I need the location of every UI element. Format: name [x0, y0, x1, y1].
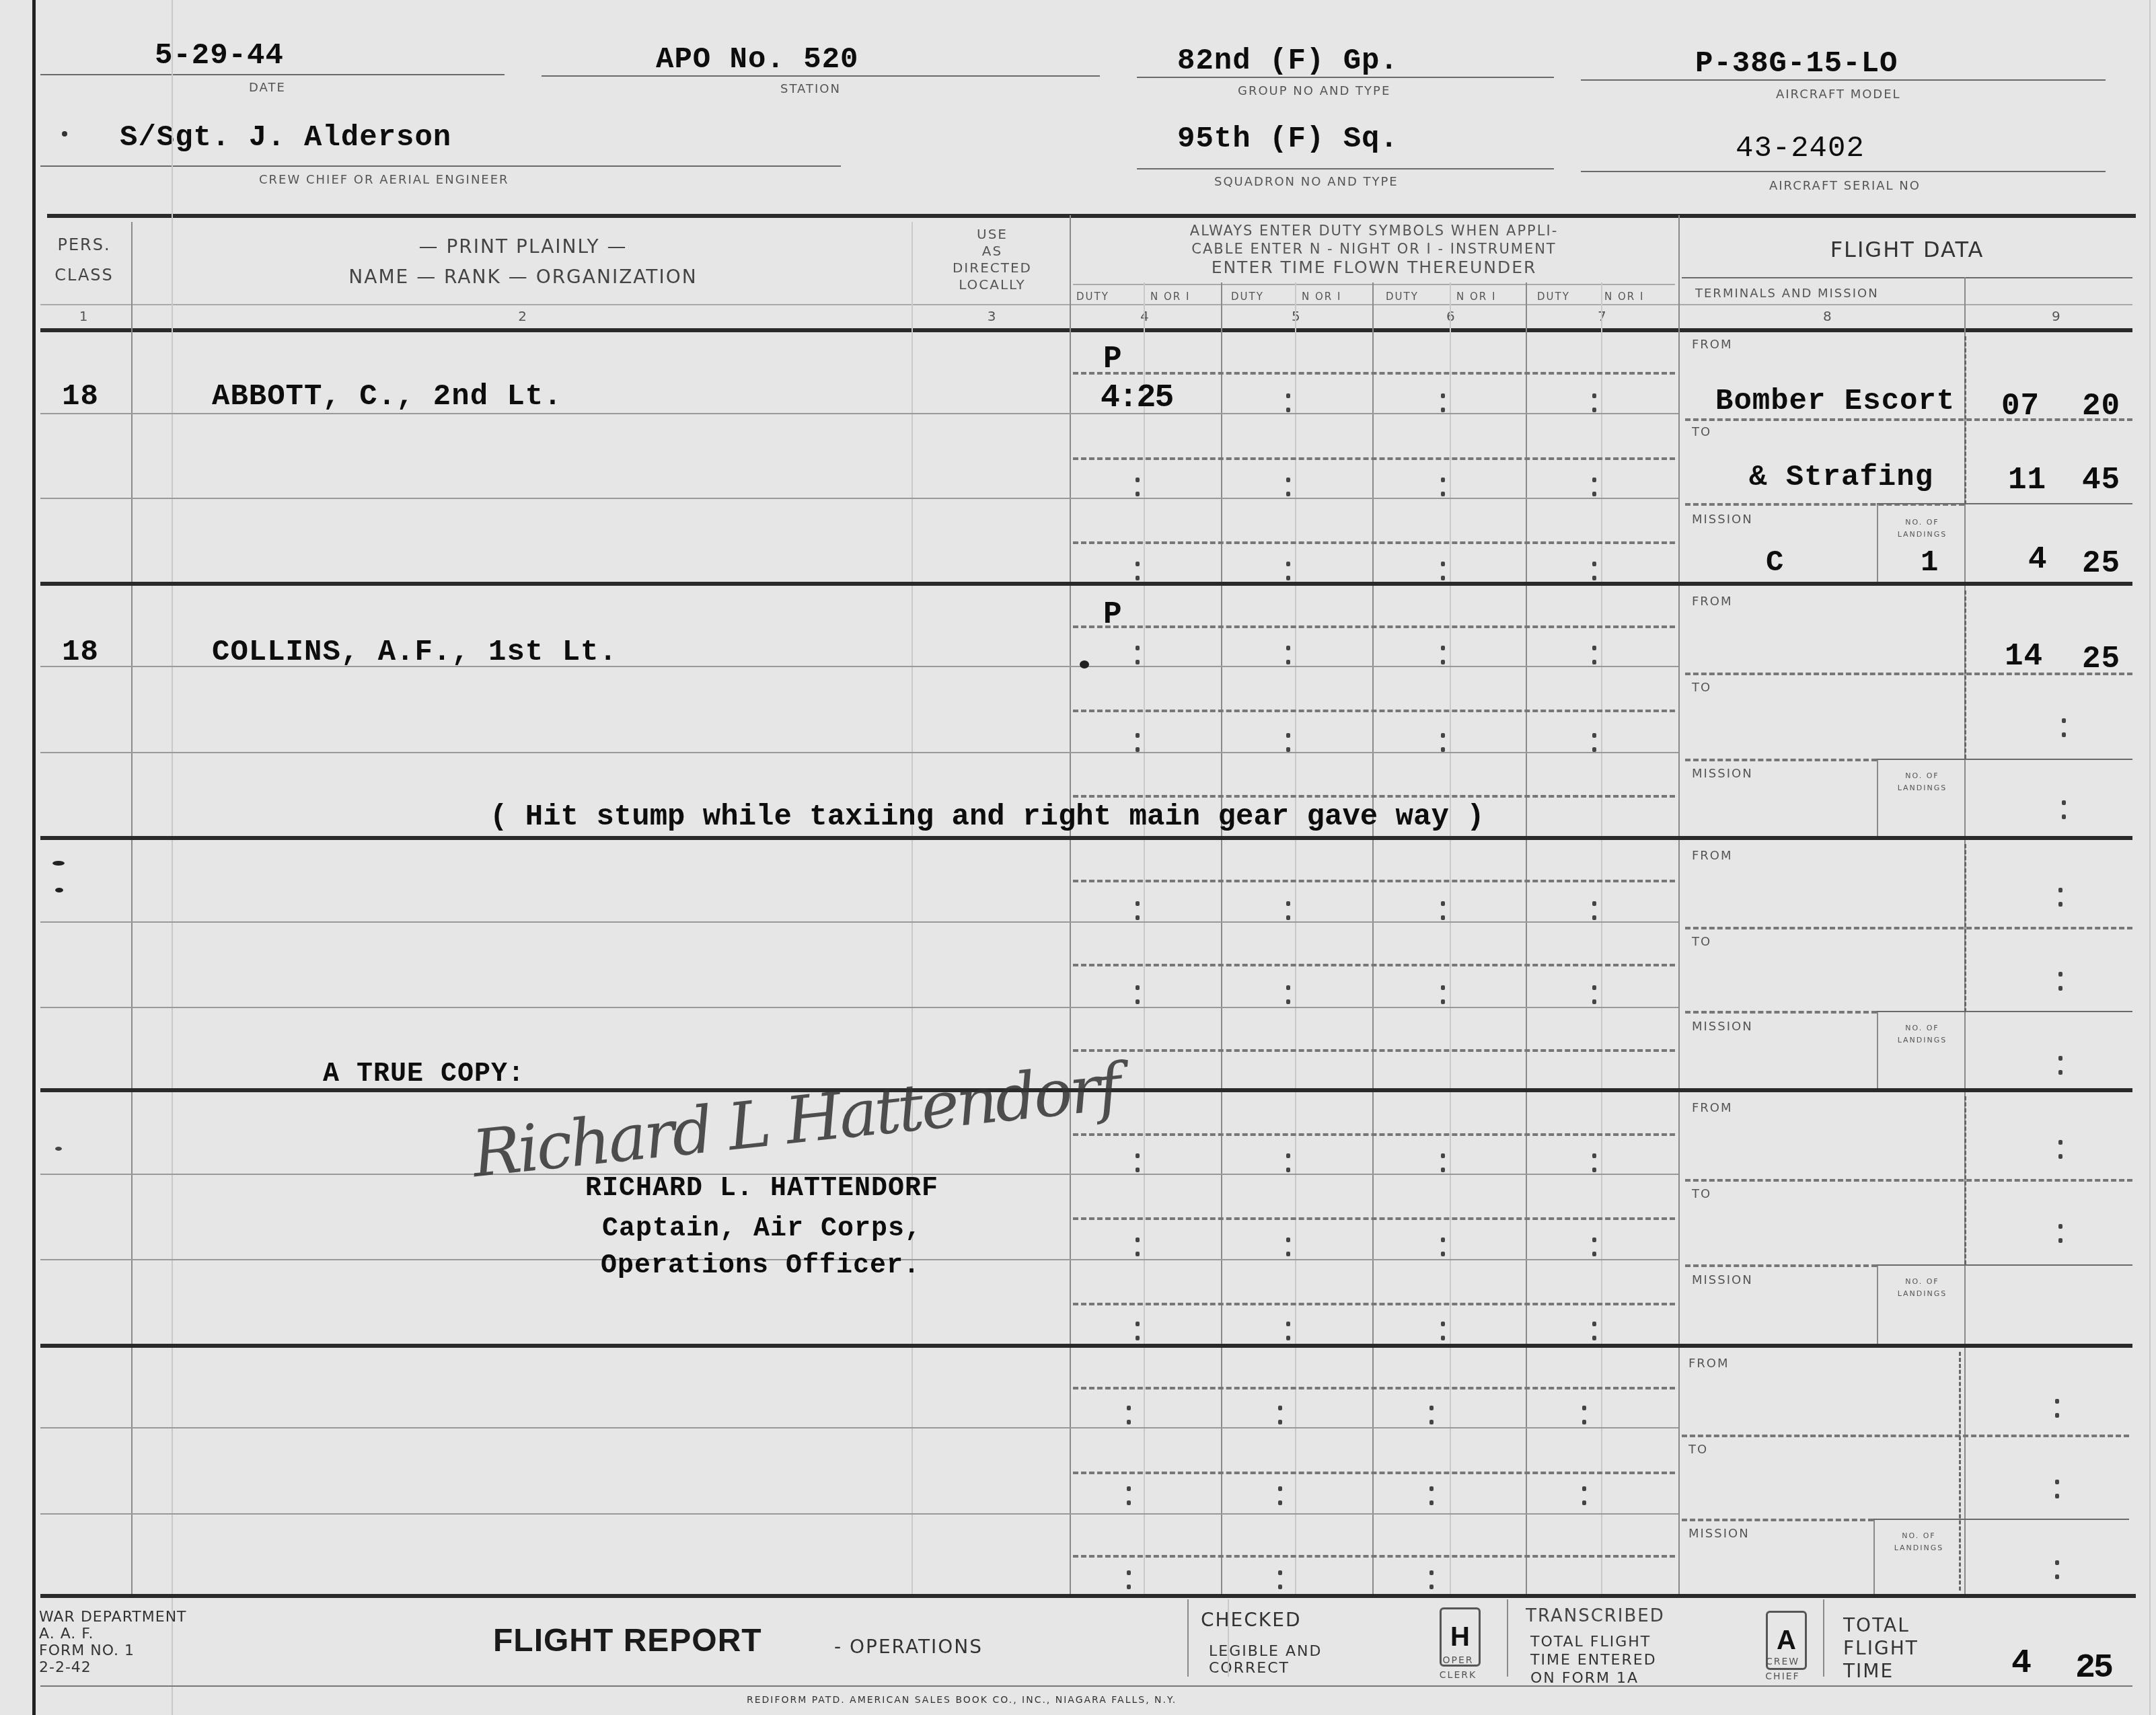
pers-class: 18: [62, 636, 99, 669]
duty-dash-rule: [1073, 710, 1675, 712]
col5-duty-label: DUTY: [1231, 291, 1264, 303]
duty-colon: [1441, 985, 1445, 1004]
to-label: TO: [1692, 425, 1711, 439]
to-mission-divider: [1685, 1264, 1877, 1267]
col3-header-line4: LOCALLY: [915, 276, 1070, 293]
from-label: FROM: [1692, 338, 1733, 352]
time-divider: [1959, 1352, 1961, 1591]
mission-label: MISSION: [1692, 512, 1753, 527]
col7-nori-label: N OR I: [1604, 291, 1644, 303]
duty-colon: [1136, 985, 1140, 1004]
footer-divider: [1187, 1599, 1189, 1677]
duty-colon: [1136, 1237, 1140, 1256]
footer-divider: [1823, 1599, 1824, 1677]
landings-label: NO. OF LANDINGS: [1877, 1530, 1961, 1554]
duty-dash-rule: [1073, 1555, 1675, 1558]
total-hour: 4: [2028, 542, 2048, 577]
to-mission-divider: [1685, 759, 1877, 761]
depart-minute: 20: [2082, 389, 2120, 424]
crew-chief-value: S/Sgt. J. Alderson: [120, 121, 451, 155]
oper-clerk-line2: CLERK: [1429, 1668, 1487, 1683]
duty-colon: [1441, 393, 1445, 412]
transcribed-line1: TOTAL FLIGHT: [1530, 1633, 1657, 1651]
true-copy-label: A TRUE COPY:: [323, 1059, 525, 1090]
pers-class: 18: [62, 380, 99, 414]
time-divider: [1964, 1096, 1966, 1264]
time-divider: [1964, 590, 1966, 759]
terminal-to: & Strafing: [1749, 461, 1933, 494]
col1-divider: [131, 222, 133, 1594]
duty-dash-rule: [1073, 1387, 1675, 1389]
total-line1: TOTAL: [1843, 1614, 1919, 1637]
mission-label: MISSION: [1692, 1020, 1753, 1034]
station-value: APO No. 520: [656, 43, 858, 77]
col8-number: 8: [1823, 308, 1833, 324]
duty-colon: [1582, 1406, 1586, 1424]
to-mission-divider: [1877, 1264, 2132, 1266]
footer-bottom-rule: [40, 1685, 2132, 1687]
crew-chief-footer-label: CREW CHIEF: [1752, 1654, 1813, 1684]
sub-rule: [40, 921, 1678, 923]
col2-divider: [912, 222, 913, 1594]
from-label: FROM: [1692, 1101, 1733, 1115]
duty-colon: [1136, 562, 1140, 580]
duty-colon: [1286, 1237, 1290, 1256]
depart-hour: 07: [2001, 389, 2040, 424]
duty-colon: [1429, 1486, 1434, 1505]
duty-dash-rule: [1073, 964, 1675, 966]
landings-label-line1: NO. OF: [1877, 1530, 1961, 1542]
time-colon-mark: [2058, 1224, 2062, 1243]
printer-imprint: REDIFORM PATD. AMERICAN SALES BOOK CO., …: [747, 1695, 1177, 1706]
duty-dash-rule: [1073, 880, 1675, 882]
duty-instructions-line1: ALWAYS ENTER DUTY SYMBOLS WHEN APPLI-: [1070, 222, 1678, 240]
officer-title-1: Captain, Air Corps,: [602, 1214, 922, 1244]
officer-title-2: Operations Officer.: [601, 1251, 920, 1281]
crew-chief-line2: CHIEF: [1752, 1669, 1813, 1684]
group-rule-5: [40, 1344, 2132, 1348]
landings-label: NO. OF LANDINGS: [1880, 1276, 1964, 1300]
duty-instructions-line2: CABLE ENTER N - NIGHT OR I - INSTRUMENT: [1070, 240, 1678, 258]
landings-label-line1: NO. OF: [1880, 1276, 1964, 1288]
remark-text: ( Hit stump while taxiing and right main…: [490, 800, 1485, 834]
total-flight-minutes: 25: [2075, 1649, 2112, 1687]
legible-block: LEGIBLE AND CORRECT: [1209, 1643, 1322, 1677]
sub-rule: [40, 498, 1678, 499]
checked-label: CHECKED: [1201, 1609, 1301, 1631]
from-to-divider: [1682, 1435, 2129, 1437]
from-to-divider: [1685, 1179, 2132, 1182]
duty-colon: [1286, 393, 1290, 412]
duty-dash-rule: [1073, 1217, 1675, 1220]
form-aaf: A. A. F.: [39, 1626, 187, 1642]
station-label: STATION: [780, 82, 841, 96]
ink-dot: [1080, 660, 1089, 669]
col7-divider: [1678, 215, 1680, 1594]
duty-colon: [1127, 1570, 1131, 1589]
mission-label: MISSION: [1692, 1273, 1753, 1287]
duty-colon: [1286, 901, 1290, 920]
form-id-block: WAR DEPARTMENT A. A. F. FORM NO. 1 2-2-4…: [39, 1609, 187, 1676]
col4-duty-label: DUTY: [1076, 291, 1109, 303]
duty-colon: [1136, 1322, 1140, 1340]
scan-line: [172, 0, 173, 1715]
duty-subheader-rule: [1073, 284, 1675, 285]
col2-header-line1: — PRINT PLAINLY —: [135, 235, 912, 258]
duty-colon: [1582, 1486, 1586, 1505]
duty-colon: [1127, 1406, 1131, 1424]
duty-colon: [1136, 646, 1140, 664]
duty-colon: [1441, 1237, 1445, 1256]
landings-label-line2: LANDINGS: [1877, 1542, 1961, 1554]
duty-colon: [1592, 478, 1596, 496]
to-label: TO: [1692, 1187, 1711, 1201]
time-colon-mark: [2058, 1140, 2062, 1159]
sub-rule: [40, 1007, 1678, 1008]
time-colon-mark: [2055, 1560, 2059, 1579]
landings-label-line1: NO. OF: [1880, 517, 1964, 529]
to-mission-divider: [1877, 1011, 2132, 1012]
duty-colon: [1592, 1322, 1596, 1340]
from-to-divider: [1685, 673, 2132, 675]
duty-dash-rule: [1073, 625, 1675, 628]
date-underline: [40, 74, 505, 75]
duty-colon: [1592, 985, 1596, 1004]
date-value: 5-29-44: [155, 39, 284, 73]
transcribed-line2: TIME ENTERED: [1530, 1651, 1657, 1669]
duty-dash-rule: [1073, 795, 1675, 798]
flight-data-subrule: [1682, 277, 2132, 278]
col1-number: 1: [37, 308, 131, 324]
margin-mark: [52, 861, 65, 866]
margin-mark: [55, 888, 63, 892]
duty-colon: [1592, 733, 1596, 752]
to-label: TO: [1688, 1443, 1708, 1457]
col2-header-line2: NAME — RANK — ORGANIZATION: [135, 266, 912, 288]
time-colon-mark: [2058, 888, 2062, 907]
duty-colon: [1136, 1153, 1140, 1172]
to-mission-divider: [1685, 1011, 1877, 1014]
col7-duty-label: DUTY: [1537, 291, 1570, 303]
duty-colon: [1592, 393, 1596, 412]
margin-mark: [55, 1147, 62, 1151]
total-line2: FLIGHT: [1843, 1637, 1919, 1660]
squadron-label: SQUADRON NO AND TYPE: [1214, 175, 1399, 189]
crew-name: COLLINS, A.F., 1st Lt.: [212, 636, 618, 669]
group-underline: [1137, 77, 1554, 78]
duty-colon: [1278, 1406, 1282, 1424]
col6-split: [1450, 282, 1451, 1594]
duty-colon: [1286, 1322, 1290, 1340]
crew-chief-underline: [40, 165, 841, 167]
duty-colon: [1441, 646, 1445, 664]
time-divider: [1964, 336, 1966, 504]
col5-number: 5: [1292, 308, 1302, 324]
from-label: FROM: [1688, 1357, 1730, 1371]
mission-label: MISSION: [1688, 1527, 1750, 1541]
to-mission-divider: [1873, 1519, 2129, 1520]
duty-dash-rule: [1073, 372, 1675, 375]
time-colon-mark: [2062, 800, 2066, 819]
group-rule-3: [40, 836, 2132, 840]
duty-colon: [1429, 1570, 1434, 1589]
header-top-rule: [47, 214, 2136, 218]
column-number-rule: [40, 304, 2132, 305]
landings-label-line1: NO. OF: [1880, 1022, 1964, 1034]
form-number: FORM NO. 1: [39, 1642, 187, 1659]
duty-colon: [1441, 1322, 1445, 1340]
duty-colon: [1592, 646, 1596, 664]
time-minute: 25: [2082, 642, 2120, 677]
col1-header-line2: CLASS: [37, 266, 131, 284]
flight-data-title: FLIGHT DATA: [1682, 237, 2132, 262]
col3-header-line2: AS: [915, 243, 1070, 260]
left-border: [32, 0, 36, 1715]
duty-colon: [1592, 1237, 1596, 1256]
total-flight-time-label: TOTAL FLIGHT TIME: [1843, 1614, 1919, 1683]
to-mission-divider: [1877, 503, 2132, 504]
duty-instructions: ALWAYS ENTER DUTY SYMBOLS WHEN APPLI- CA…: [1070, 222, 1678, 276]
duty-colon: [1429, 1406, 1434, 1424]
to-label: TO: [1692, 935, 1711, 949]
duty-dash-rule: [1073, 541, 1675, 544]
col3-number: 3: [915, 308, 1070, 324]
col6-nori-label: N OR I: [1456, 291, 1496, 303]
duty-colon: [1441, 562, 1445, 580]
duty-colon: [1278, 1570, 1282, 1589]
duty-colon: [1278, 1486, 1282, 1505]
landings-label-line1: NO. OF: [1880, 770, 1964, 782]
col4-nori-label: N OR I: [1150, 291, 1190, 303]
time-colon-mark: [2055, 1399, 2059, 1418]
aircraft-serial-underline: [1581, 171, 2106, 172]
time-hour: 14: [2005, 639, 2043, 674]
squadron-value: 95th (F) Sq.: [1177, 122, 1399, 156]
col3-divider: [1070, 215, 1071, 1594]
duty-colon: [1286, 646, 1290, 664]
footer-divider: [1507, 1599, 1508, 1677]
from-label: FROM: [1692, 849, 1733, 863]
duty-colon: [1592, 562, 1596, 580]
oper-clerk-label: OPER CLERK: [1429, 1653, 1487, 1683]
mission-code: C: [1766, 546, 1784, 580]
crew-chief-line1: CREW: [1752, 1654, 1813, 1669]
total-line3: TIME: [1843, 1660, 1919, 1683]
margin-dot: [62, 131, 67, 137]
col6-divider: [1526, 282, 1527, 1594]
right-edge: [2149, 0, 2151, 1715]
from-to-divider: [1685, 418, 2132, 421]
form-subtitle: - OPERATIONS: [834, 1636, 983, 1658]
landings-label-line2: LANDINGS: [1880, 1288, 1964, 1300]
transcribed-label: TRANSCRIBED: [1526, 1606, 1665, 1626]
group-rule-2: [40, 582, 2132, 586]
landings-label: NO. OF LANDINGS: [1880, 770, 1964, 794]
duty-colon: [1136, 733, 1140, 752]
col6-duty-label: DUTY: [1386, 291, 1419, 303]
mission-label: MISSION: [1692, 767, 1753, 781]
duty-colon: [1286, 733, 1290, 752]
form-title: FLIGHT REPORT: [493, 1622, 762, 1659]
group-value: 82nd (F) Gp.: [1177, 44, 1399, 78]
duty-time-flown: 4:25: [1101, 380, 1173, 416]
duty-colon: [1441, 1153, 1445, 1172]
landings-divider: [1873, 1520, 1875, 1594]
transcribed-block: TOTAL FLIGHT TIME ENTERED ON FORM 1A: [1530, 1633, 1657, 1687]
col7-split: [1601, 282, 1602, 1594]
col1-header-line1: PERS.: [37, 235, 131, 254]
duty-symbol: P: [1103, 342, 1123, 377]
landings-label-line2: LANDINGS: [1880, 529, 1964, 541]
col4-divider: [1221, 282, 1222, 1594]
col9-number: 9: [2052, 308, 2062, 324]
col5-split: [1295, 282, 1296, 1594]
footer-divider: [1228, 1599, 1229, 1677]
duty-colon: [1136, 478, 1140, 496]
col3-header: USE AS DIRECTED LOCALLY: [915, 226, 1070, 293]
station-underline: [542, 75, 1100, 77]
to-mission-divider: [1682, 1519, 1873, 1521]
duty-colon: [1127, 1486, 1131, 1505]
terminals-mission-label: TERMINALS AND MISSION: [1695, 287, 1879, 301]
col4-number: 4: [1140, 308, 1150, 324]
duty-colon: [1286, 1153, 1290, 1172]
to-mission-divider: [1877, 759, 2132, 760]
squadron-underline: [1137, 168, 1554, 169]
col5-divider: [1372, 282, 1374, 1594]
crew-chief-label: CREW CHIEF OR AERIAL ENGINEER: [259, 173, 509, 187]
duty-dash-rule: [1073, 1472, 1675, 1474]
total-flight-hours: 4: [2011, 1644, 2032, 1683]
duty-colon: [1441, 901, 1445, 920]
duty-symbol: P: [1103, 597, 1123, 632]
duty-dash-rule: [1073, 1133, 1675, 1136]
arrive-hour: 11: [2008, 463, 2046, 498]
from-label: FROM: [1692, 595, 1733, 609]
time-colon-mark: [2058, 1056, 2062, 1075]
duty-colon: [1441, 478, 1445, 496]
officer-name: RICHARD L. HATTENDORF: [585, 1174, 938, 1204]
sub-rule: [40, 1427, 1678, 1428]
duty-instructions-line3: ENTER TIME FLOWN THEREUNDER: [1070, 258, 1678, 276]
landings-divider: [1877, 760, 1878, 836]
landings-label: NO. OF LANDINGS: [1880, 517, 1964, 541]
duty-colon: [1441, 733, 1445, 752]
aircraft-serial-value: 43-2402: [1736, 132, 1865, 165]
aircraft-serial-label: AIRCRAFT SERIAL NO: [1769, 179, 1921, 193]
oper-clerk-line1: OPER: [1429, 1653, 1487, 1668]
total-minute: 25: [2082, 546, 2120, 581]
landings-divider: [1877, 1012, 1878, 1088]
crew-name: ABBOTT, C., 2nd Lt.: [212, 380, 562, 414]
aircraft-model-label: AIRCRAFT MODEL: [1776, 87, 1901, 102]
date-label: DATE: [249, 81, 286, 95]
col2-number: 2: [135, 308, 912, 324]
time-colon-mark: [2058, 972, 2062, 991]
col3-header-line3: DIRECTED: [915, 260, 1070, 276]
col7-number: 7: [1598, 308, 1608, 324]
duty-dash-rule: [1073, 1049, 1675, 1052]
landings-label-line2: LANDINGS: [1880, 782, 1964, 794]
time-colon-mark: [2062, 718, 2066, 737]
legible-line2: CORRECT: [1209, 1660, 1322, 1677]
header-bottom-rule: [40, 328, 2132, 332]
duty-colon: [1592, 1153, 1596, 1172]
col6-number: 6: [1446, 308, 1456, 324]
sub-rule: [40, 752, 1678, 753]
terminal-from: Bomber Escort: [1715, 385, 1955, 418]
col4-split: [1144, 282, 1145, 1594]
col5-nori-label: N OR I: [1302, 291, 1341, 303]
legible-line1: LEGIBLE AND: [1209, 1643, 1322, 1660]
landings-divider: [1877, 1266, 1878, 1344]
duty-colon: [1136, 901, 1140, 920]
arrive-minute: 45: [2082, 463, 2120, 498]
to-label: TO: [1692, 681, 1711, 695]
duty-colon: [1592, 901, 1596, 920]
aircraft-model-underline: [1581, 79, 2106, 81]
from-to-divider: [1685, 927, 2132, 929]
duty-dash-rule: [1073, 457, 1675, 460]
landings-label-line2: LANDINGS: [1880, 1034, 1964, 1046]
landings-divider: [1877, 504, 1878, 582]
duty-dash-rule: [1073, 1303, 1675, 1305]
landings-label: NO. OF LANDINGS: [1880, 1022, 1964, 1046]
landings-count: 1: [1921, 546, 1939, 580]
time-divider: [1964, 844, 1966, 1012]
form-dept: WAR DEPARTMENT: [39, 1609, 187, 1626]
footer-top-rule: [40, 1594, 2136, 1598]
transcribed-line3: ON FORM 1A: [1530, 1669, 1657, 1687]
sub-rule: [40, 1513, 1678, 1515]
col3-header-line1: USE: [915, 226, 1070, 243]
duty-colon: [1286, 478, 1290, 496]
time-colon-mark: [2055, 1480, 2059, 1498]
aircraft-model-value: P-38G-15-LO: [1695, 47, 1898, 81]
duty-colon: [1286, 562, 1290, 580]
duty-colon: [1286, 985, 1290, 1004]
form-date: 2-2-42: [39, 1659, 187, 1676]
group-label: GROUP NO AND TYPE: [1238, 84, 1390, 98]
officer-signature: Richard L Hattendorf: [469, 1049, 1123, 1192]
